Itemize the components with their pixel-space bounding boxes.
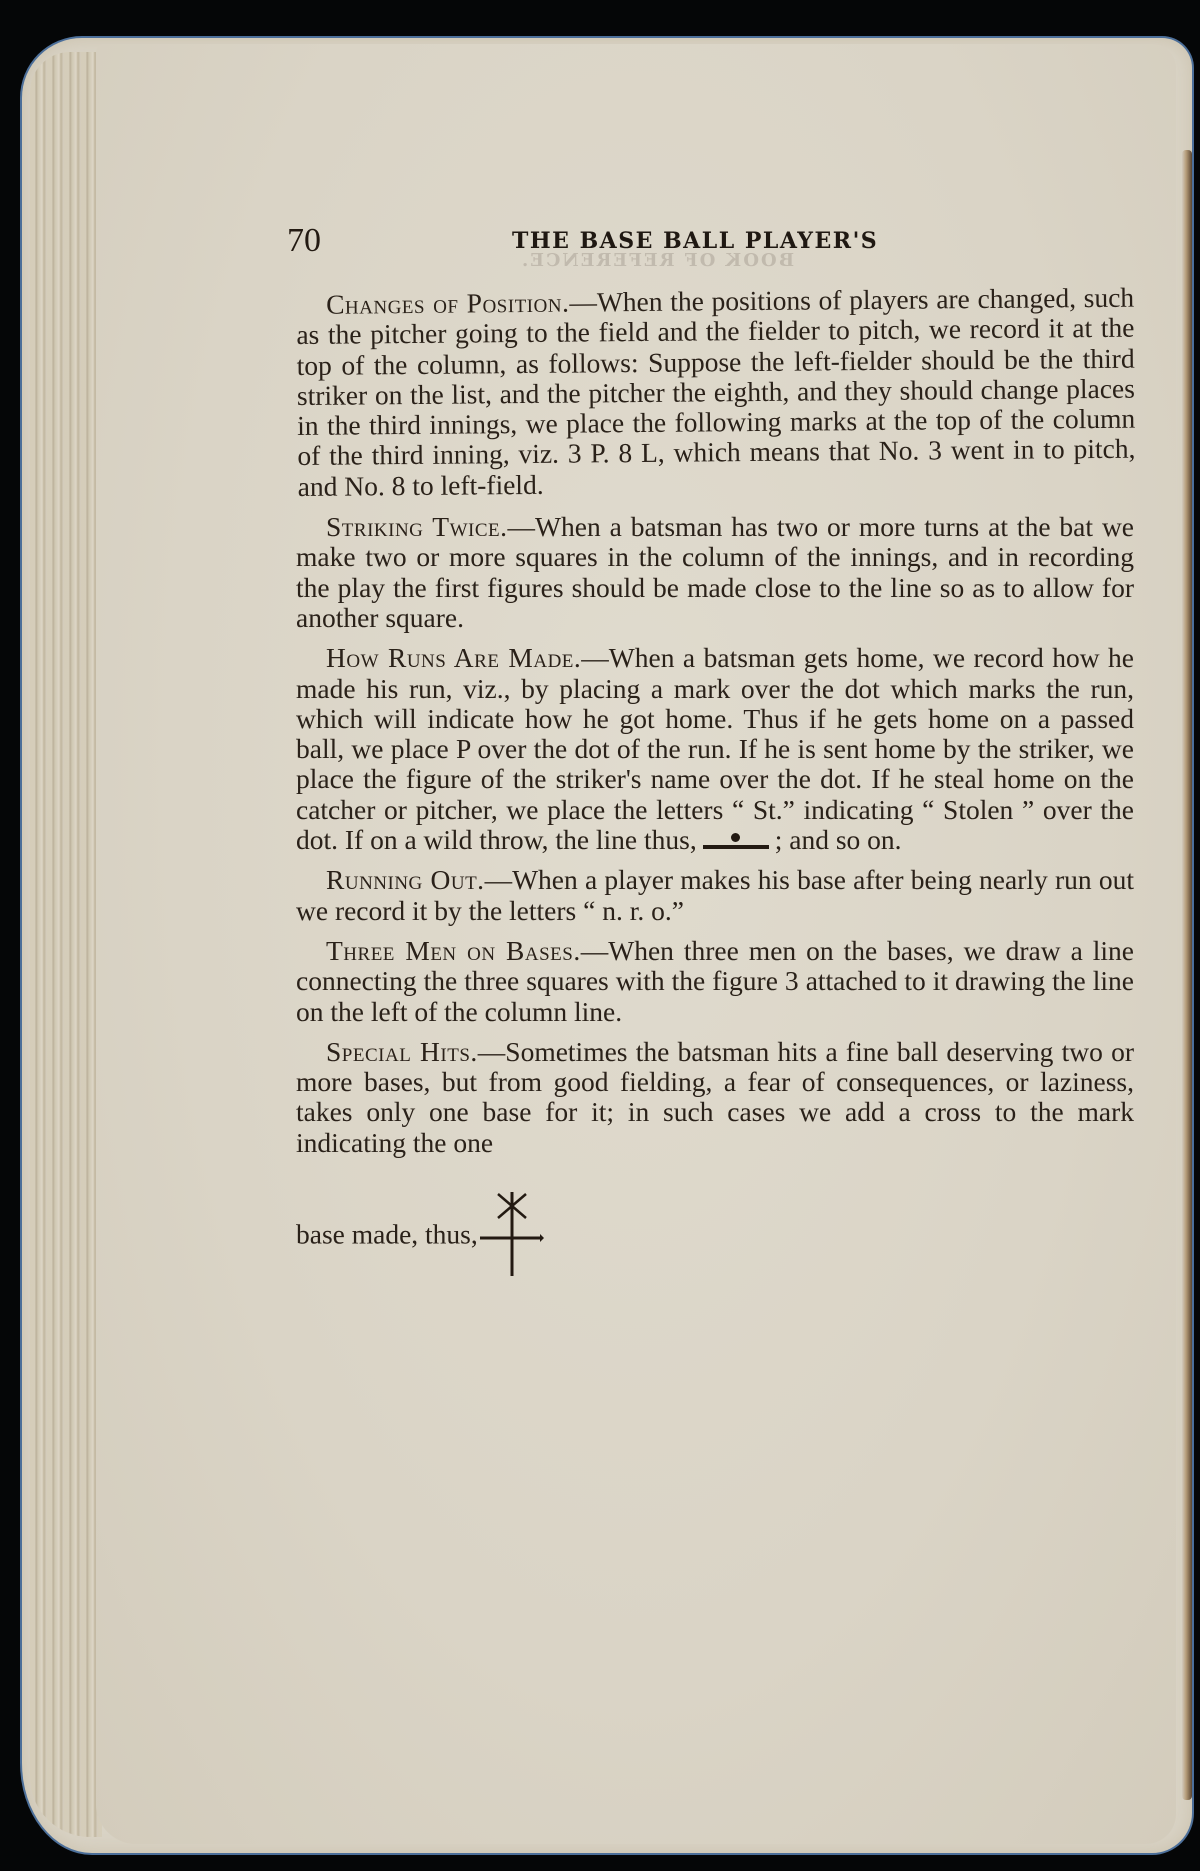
- page-right-edge: [1182, 150, 1192, 1800]
- section-running-out: Running Out.—When a player makes his bas…: [296, 865, 1134, 926]
- show-through-text: BOOK OF REFERENCE.: [520, 250, 794, 271]
- section-heading: Striking Twice.: [326, 511, 508, 542]
- section-how-runs-are-made: How Runs Are Made.—When a batsman gets h…: [296, 643, 1134, 855]
- section-heading: Running Out.: [326, 864, 485, 895]
- section-text: —When a batsman gets home, we record how…: [296, 642, 1134, 855]
- section-special-hits: Special Hits.—Sometimes the batsman hits…: [296, 1037, 1134, 1158]
- section-striking-twice: Striking Twice.—When a batsman has two o…: [296, 512, 1134, 633]
- wild-throw-mark-icon: [703, 831, 769, 849]
- section-three-men-on-bases: Three Men on Bases.—When three men on th…: [296, 936, 1134, 1027]
- final-line-text: base made, thus,: [296, 1218, 478, 1249]
- section-heading: How Runs Are Made.: [326, 642, 581, 673]
- section-text-after-mark: ; and so on.: [775, 824, 902, 855]
- section-changes-of-position: Changes of Position.—When the positions …: [296, 283, 1136, 502]
- cross-on-base-mark-icon: [480, 1188, 544, 1278]
- section-heading: Changes of Position.: [326, 287, 570, 320]
- final-line: base made, thus,: [296, 1192, 1134, 1282]
- section-heading: Three Men on Bases.: [326, 935, 581, 966]
- page-stack-edges: [30, 52, 102, 1837]
- page-body: Changes of Position.—When the positions …: [296, 290, 1134, 1292]
- section-heading: Special Hits.: [326, 1036, 478, 1067]
- page-number: 70: [287, 222, 321, 260]
